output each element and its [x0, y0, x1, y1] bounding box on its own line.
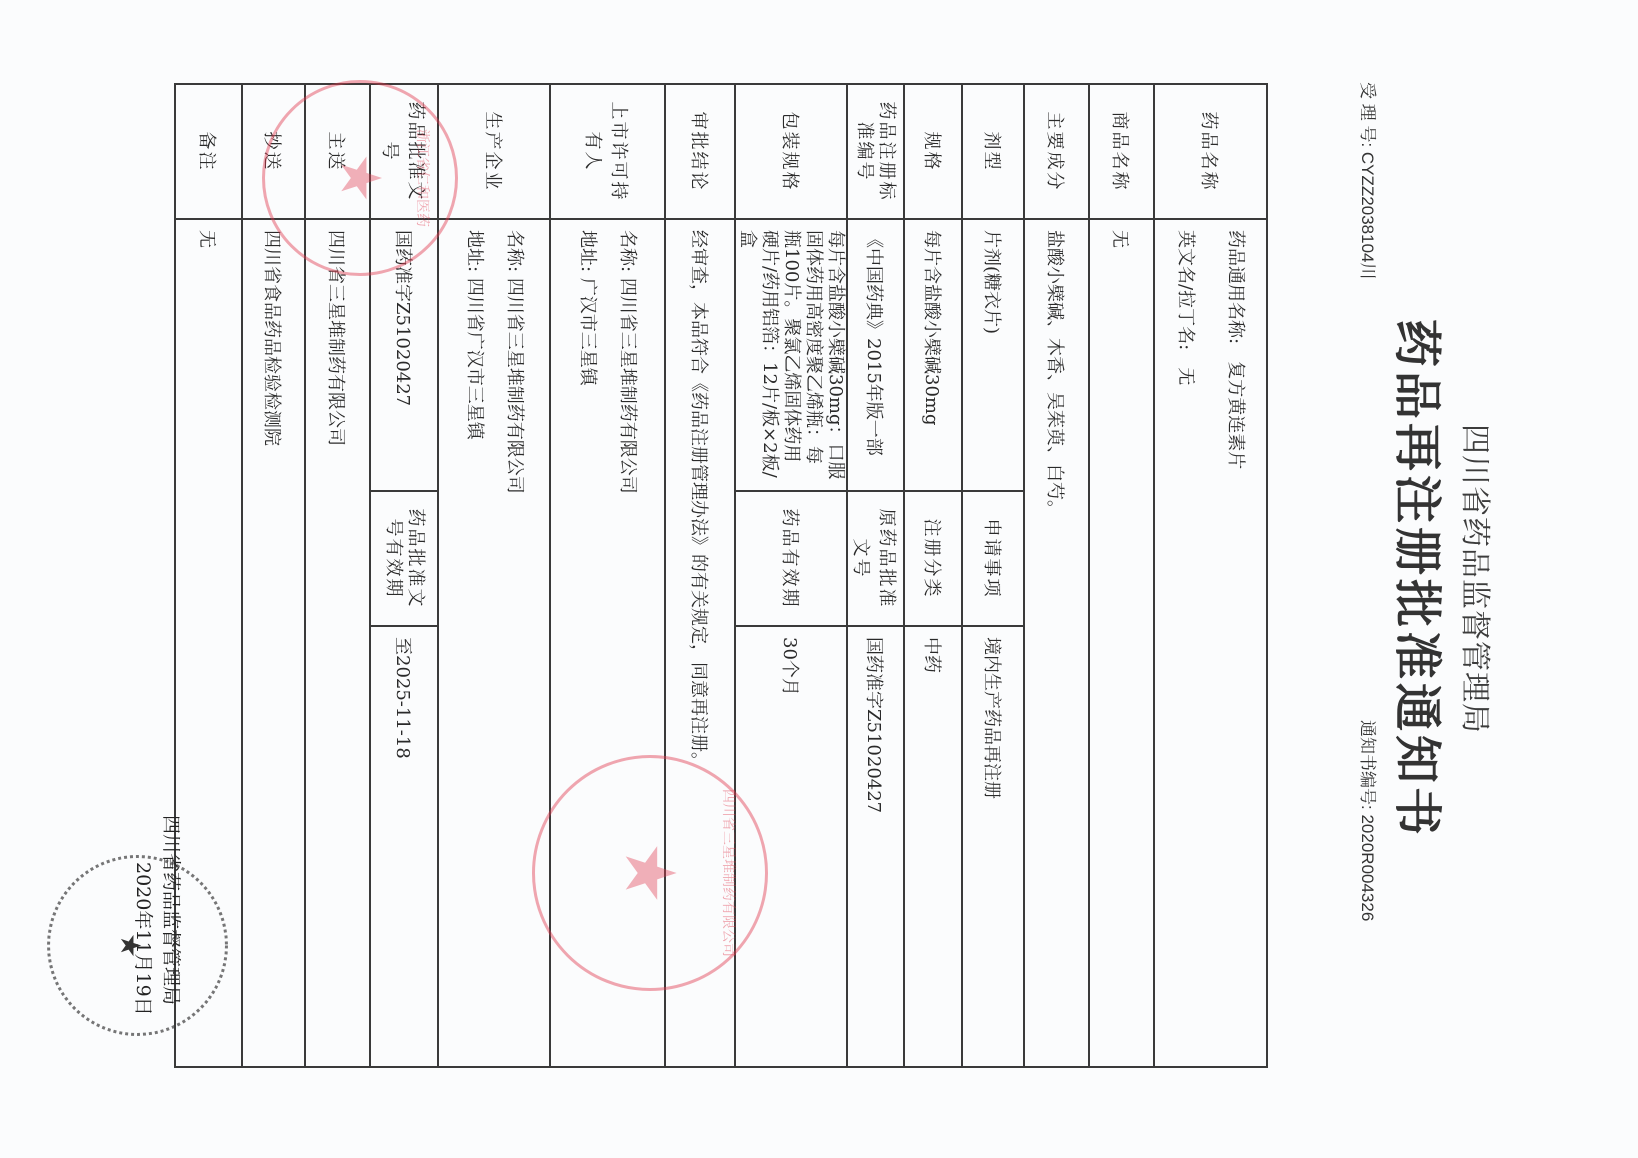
official-seal: ★: [47, 855, 228, 1036]
original-approval-label: 原药品批准文号: [847, 491, 904, 626]
manufacturer-label: 生产企业: [438, 84, 550, 219]
table-row: 上市许可持有人 名称: 四川省三星堆制药有限公司 地址: 广汉市三星镇: [550, 84, 665, 1067]
conclusion-value: 经审查，本品符合《药品注册管理办法》的有关规定，同意再注册。: [665, 219, 735, 1067]
approval-no-value: 国药准字Z51020427: [370, 219, 438, 491]
table-row: 审批结论 经审查，本品符合《药品注册管理办法》的有关规定，同意再注册。: [665, 84, 735, 1067]
mah-cell: 名称: 四川省三星堆制药有限公司 地址: 广汉市三星镇: [550, 219, 665, 1067]
mah-address: 广汉市三星镇: [578, 278, 599, 386]
original-approval-value: 国药准字Z51020427: [847, 626, 904, 1067]
dosage-form-label: 剂型: [962, 84, 1024, 219]
ingredients-label: 主要成分: [1024, 84, 1089, 219]
table-row: 主要成分 盐酸小檗碱、木香、吴茱萸、白芍。: [1024, 84, 1089, 1067]
cc-label: 抄送: [242, 84, 305, 219]
trade-name-label: 商品名称: [1089, 84, 1154, 219]
approval-validity-value: 至2025-11-18: [370, 626, 438, 1067]
notice-value: 2020R004326: [1358, 814, 1377, 921]
standard-label: 药品注册标准编号: [847, 84, 904, 219]
generic-name: 药品通用名称: 复方黄连素片: [1211, 230, 1261, 1056]
registration-category-label: 注册分类: [904, 491, 962, 626]
application-label: 申请事项: [962, 491, 1024, 626]
table-row: 包装规格 每片含盐酸小檗碱30mg：口服固体药用高密度聚乙烯瓶：每瓶100片。聚…: [735, 84, 847, 1067]
manufacturer-name: 四川省三星堆制药有限公司: [504, 278, 525, 494]
dosage-form-value: 片剂(糖衣片): [962, 219, 1024, 491]
table-row: 抄送 四川省食品药品检验检测院: [242, 84, 305, 1067]
document-title: 药品再注册批准通知书: [1387, 0, 1456, 1158]
manufacturer-address: 四川省广汉市三星镇: [464, 278, 485, 440]
cc-value: 四川省食品药品检验检测院: [242, 219, 305, 1067]
approval-table: 药品名称 药品通用名称: 复方黄连素片 英文名/拉丁名: 无 商品名称 无 主要…: [174, 83, 1268, 1068]
ingredients-value: 盐酸小檗碱、木香、吴茱萸、白芍。: [1024, 219, 1089, 1067]
trade-name-value: 无: [1089, 219, 1154, 1067]
table-row: 商品名称 无: [1089, 84, 1154, 1067]
acceptance-label: 受 理 号:: [1358, 82, 1377, 147]
table-row: 剂型 片剂(糖衣片) 申请事项 境内生产药品再注册: [962, 84, 1024, 1067]
mah-label: 上市许可持有人: [550, 84, 665, 219]
english-name-value: 无: [1176, 367, 1197, 385]
application-value: 境内生产药品再注册: [962, 626, 1024, 1067]
table-row: 规格 每片含盐酸小檗碱30mg 注册分类 中药: [904, 84, 962, 1067]
table-row: 药品批准文号 国药准字Z51020427 药品批准文号有效期 至2025-11-…: [370, 84, 438, 1067]
approval-no-label: 药品批准文号: [370, 84, 438, 219]
conclusion-label: 审批结论: [665, 84, 735, 219]
drug-name-label: 药品名称: [1154, 84, 1267, 219]
standard-value: 《中国药典》2015年版一部: [847, 219, 904, 491]
packaging-label: 包装规格: [735, 84, 847, 219]
registration-category-value: 中药: [904, 626, 962, 1067]
specification-value: 每片含盐酸小檗碱30mg: [904, 219, 962, 491]
table-row: 生产企业 名称: 四川省三星堆制药有限公司 地址: 四川省广汉市三星镇: [438, 84, 550, 1067]
acceptance-value: CYZZ2038104川: [1358, 152, 1377, 280]
packaging-value: 每片含盐酸小檗碱30mg：口服固体药用高密度聚乙烯瓶：每瓶100片。聚氯乙烯固体…: [735, 219, 847, 491]
notice-number: 通知书编号: 2020R004326: [1357, 720, 1382, 921]
generic-name-value: 复方黄连素片: [1226, 361, 1247, 469]
acceptance-number: 受 理 号: CYZZ2038104川: [1357, 82, 1382, 279]
remarks-label: 备注: [175, 84, 242, 219]
issuing-organization: 四川省药品监督管理局: [1456, 0, 1500, 1158]
table-row: 主送 四川省三星堆制药有限公司: [305, 84, 370, 1067]
notice-label: 通知书编号:: [1358, 720, 1377, 810]
manufacturer-cell: 名称: 四川省三星堆制药有限公司 地址: 四川省广汉市三星镇: [438, 219, 550, 1067]
validity-label: 药品有效期: [735, 491, 847, 626]
document-page: 四川省药品监督管理局 药品再注册批准通知书 受 理 号: CYZZ2038104…: [0, 0, 1638, 1158]
validity-value: 30个月: [735, 626, 847, 1067]
drug-name-cell: 药品通用名称: 复方黄连素片 英文名/拉丁名: 无: [1154, 219, 1267, 1067]
table-row: 药品注册标准编号 《中国药典》2015年版一部 原药品批准文号 国药准字Z510…: [847, 84, 904, 1067]
table-row: 药品名称 药品通用名称: 复方黄连素片 英文名/拉丁名: 无: [1154, 84, 1267, 1067]
seal-star-icon: ★: [114, 858, 147, 1033]
main-recipient-label: 主送: [305, 84, 370, 219]
english-name: 英文名/拉丁名: 无: [1161, 230, 1211, 1056]
main-recipient-value: 四川省三星堆制药有限公司: [305, 219, 370, 1067]
approval-validity-label: 药品批准文号有效期: [370, 491, 438, 626]
mah-name: 四川省三星堆制药有限公司: [618, 278, 639, 494]
specification-label: 规格: [904, 84, 962, 219]
